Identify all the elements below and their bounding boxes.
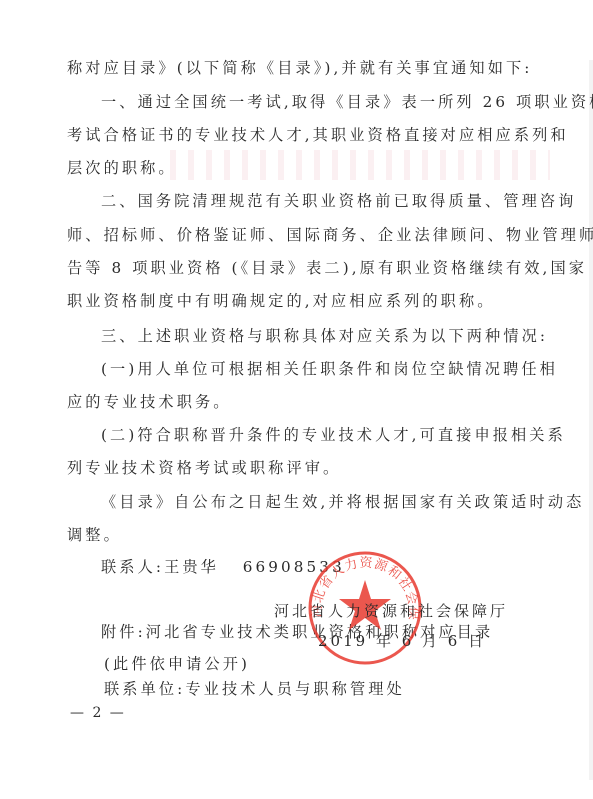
- body-line: 职业资格制度中有明确规定的,对应相应系列的职称。: [67, 291, 496, 311]
- body-line: 告等 8 项职业资格 (《目录》表二),原有职业资格继续有效,国家: [67, 258, 587, 278]
- contact-unit: 联系单位:专业技术人员与职称管理处: [104, 679, 405, 699]
- body-line: 二、国务院清理规范有关职业资格前已取得质量、管理咨询: [101, 191, 576, 211]
- body-line: 一、通过全国统一考试,取得《目录》表一所列 26 项职业资格: [101, 92, 593, 112]
- issuer-name: 河北省人力资源和社会保障厅: [274, 600, 508, 621]
- page-number: — 2 —: [70, 705, 126, 721]
- issue-date: 2019 年 6 月 6 日: [318, 630, 486, 651]
- disclosure-note: (此件依申请公开): [104, 654, 250, 674]
- body-line: 《目录》自公布之日起生效,并将根据国家有关政策适时动态: [101, 492, 584, 512]
- body-line: (二)符合职称晋升条件的专业技术人才,可直接申报相关系: [101, 425, 566, 445]
- body-line: 列专业技术资格考试或职称评审。: [67, 458, 341, 478]
- body-line: 层次的职称。: [67, 158, 177, 178]
- body-line: (一)用人单位可根据相关任职条件和岗位空缺情况聘任相: [101, 359, 558, 379]
- body-line: 应的专业技术职务。: [67, 392, 232, 412]
- body-line: 师、招标师、价格鉴证师、国际商务、企业法律顾问、物业管理师、广: [67, 225, 593, 245]
- body-line: 调整。: [67, 525, 122, 545]
- body-line: 三、上述职业资格与职称具体对应关系为以下两种情况:: [101, 326, 548, 346]
- body-line: 称对应目录》(以下简称《目录》),并就有关事宜通知如下:: [67, 58, 533, 78]
- bleed-through-mark: [170, 150, 550, 180]
- page-edge-shadow: [589, 60, 593, 780]
- body-line: 考试合格证书的专业技术人才,其职业资格直接对应相应系列和: [67, 125, 569, 145]
